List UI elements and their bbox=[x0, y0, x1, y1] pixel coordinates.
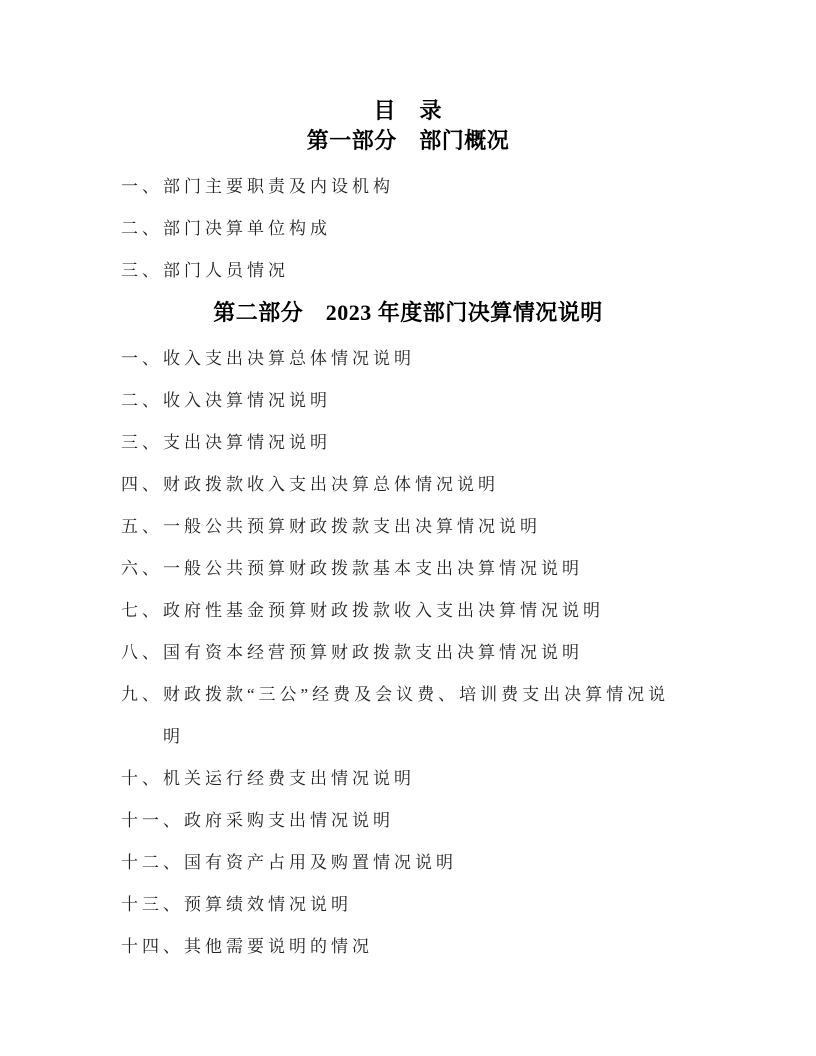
toc-item: 二、收入决算情况说明 bbox=[121, 380, 681, 422]
toc-list-part2: 一、收入支出决算总体情况说明 二、收入决算情况说明 三、支出决算情况说明 四、财… bbox=[121, 338, 681, 968]
toc-item: 一、收入支出决算总体情况说明 bbox=[121, 338, 681, 380]
toc-item: 十、机关运行经费支出情况说明 bbox=[121, 758, 681, 800]
section-heading-part1: 第一部分 部门概况 bbox=[121, 126, 695, 156]
section-heading-part2: 第二部分 2023 年度部门决算情况说明 bbox=[121, 298, 695, 328]
document-page: 目 录 第一部分 部门概况 一、部门主要职责及内设机构 二、部门决算单位构成 三… bbox=[0, 0, 816, 1056]
toc-item: 一、部门主要职责及内设机构 bbox=[121, 166, 681, 208]
toc-item: 五、一般公共预算财政拨款支出决算情况说明 bbox=[121, 506, 681, 548]
toc-item: 十四、其他需要说明的情况 bbox=[121, 926, 681, 968]
toc-item: 十三、预算绩效情况说明 bbox=[121, 884, 681, 926]
toc-item: 三、部门人员情况 bbox=[121, 250, 681, 292]
toc-item: 九、财政拨款“三公”经费及会议费、培训费支出决算情况说明 bbox=[121, 674, 681, 758]
toc-list-part1: 一、部门主要职责及内设机构 二、部门决算单位构成 三、部门人员情况 bbox=[121, 166, 681, 292]
toc-item: 七、政府性基金预算财政拨款收入支出决算情况说明 bbox=[121, 590, 681, 632]
toc-item: 十二、国有资产占用及购置情况说明 bbox=[121, 842, 681, 884]
toc-item: 六、一般公共预算财政拨款基本支出决算情况说明 bbox=[121, 548, 681, 590]
toc-item: 三、支出决算情况说明 bbox=[121, 422, 681, 464]
toc-item: 四、财政拨款收入支出决算总体情况说明 bbox=[121, 464, 681, 506]
toc-item: 二、部门决算单位构成 bbox=[121, 208, 681, 250]
toc-item: 十一、政府采购支出情况说明 bbox=[121, 800, 681, 842]
toc-item: 八、国有资本经营预算财政拨款支出决算情况说明 bbox=[121, 632, 681, 674]
page-title: 目 录 bbox=[121, 96, 695, 126]
